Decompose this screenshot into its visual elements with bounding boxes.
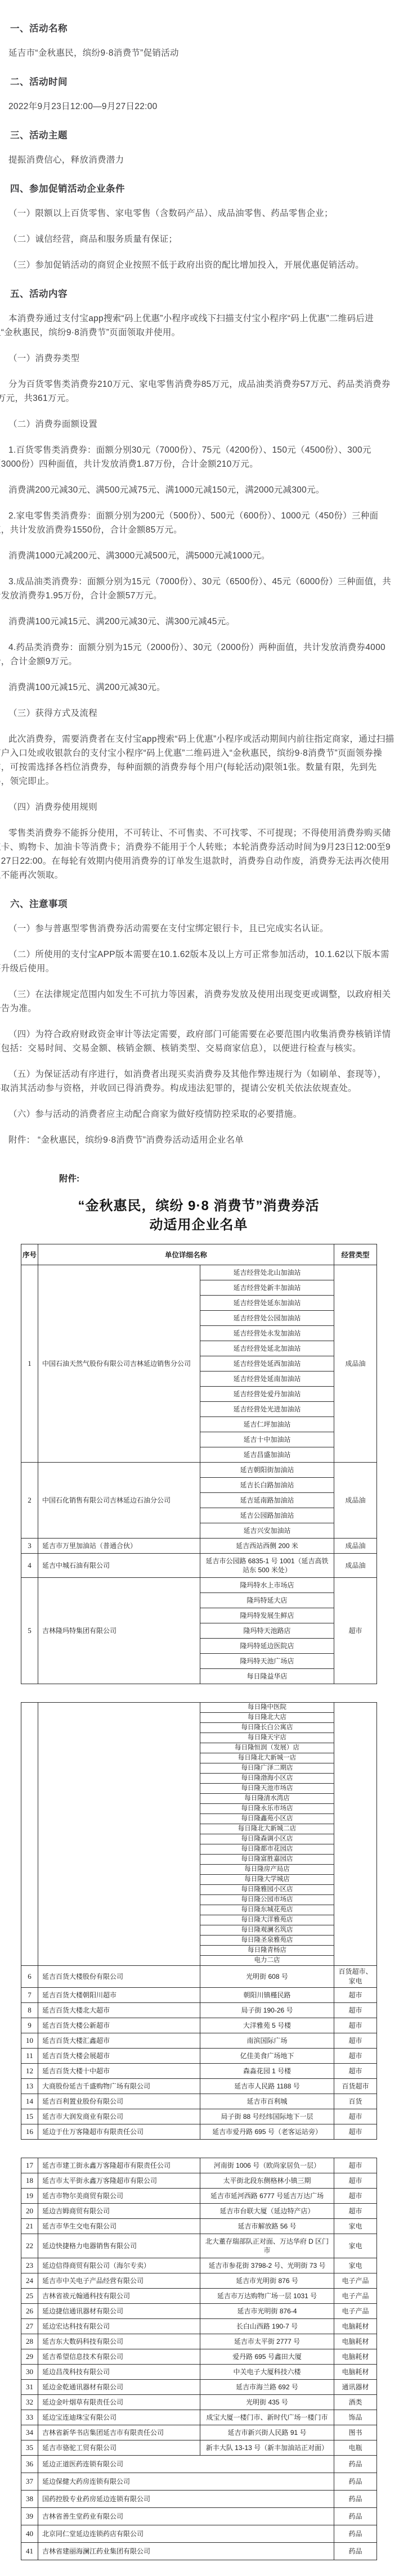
business-type: 超市 [334,2158,377,2173]
branch-or-address: 延吉市海兰路 692 号 [200,2380,334,2395]
business-type: 家电 [334,2234,377,2258]
table-row: 36延边正道医药连锁有限公司药品 [21,2456,377,2473]
table-row: 1中国石油天然气股份有限公司吉林延边销售分公司延吉经营处北山加油站成品油 [21,1265,377,1280]
branch-or-address: 每日隆观澜名筑店 [200,1925,334,1936]
row-number: 32 [21,2395,38,2410]
company-name: 延边宏达科技有限公司 [38,2319,200,2334]
table-row: 16延边于仕万客隆超市有限责任公司延吉市爱丹路 695 号（老客运站旁）超市 [21,2124,377,2140]
table-row: 15延吉市大润发商业有限公司局子街 88 号经纬国际地下一层超市 [21,2109,377,2124]
company-name: 吉林省新华书店集团延吉市有限责任公司 [38,2425,200,2440]
enterprise-table-container: 序号单位详细名称经营类型1中国石油天然气股份有限公司吉林延边销售分公司延吉经营处… [0,1244,399,2560]
business-type: 超市 [334,2003,377,2018]
row-number: 8 [21,2003,38,2018]
branch-or-address: 延吉延南路加油站 [200,1493,334,1508]
row-number: 21 [21,2219,38,2234]
table-row: 27延边宏达科技有限公司长白山西路 190-7 号电脑耗材 [21,2319,377,2334]
company-name: 延边吉姆商贸有限公司 [38,2204,200,2219]
business-type: 电脑耗材 [334,2349,377,2365]
company-name: 延吉百货大楼股份有限公司 [38,1966,200,1988]
company-name: 延边宝连迪珠宝有限公司 [38,2410,200,2425]
branch-or-address: 隆玛特延大店 [200,1593,334,1608]
branch-or-address: 每日隆雅园小区店 [200,1885,334,1895]
branch-or-address: 每日隆永乐市场店 [200,1804,334,1814]
company-name: 延吉百利置业股份有限公司 [38,2094,200,2109]
table-row: 31延边金乾通讯器材有限公司延吉市海兰路 692 号通讯器材 [21,2380,377,2395]
branch-or-address: 延吉市公园路 6835-1 号 1001（延吉高铁站东 500 米处） [200,1554,334,1578]
branch-or-address: 每日隆房产局店 [200,1865,334,1875]
enterprise-table: 每日隆中医院每日隆北大店每日隆长白公寓店每日隆天宇店每日隆恒润（发展）店每日隆北… [21,1702,377,2140]
business-type: 电脑耗材 [334,2319,377,2334]
row-number: 15 [21,2109,38,2124]
table-row: 6延吉百货大楼股份有限公司光明街 608 号百货超市、家电 [21,1966,377,1988]
branch-or-address: 延吉经营处延南加油站 [200,1372,334,1387]
company-name: 延吉市中关电子产品经营有限公司 [38,2273,200,2289]
company-name: 吉林省建丽海澜江药业集团有限公司 [38,2543,334,2560]
paragraph: 提振消费信心，释放消费潜力 [0,153,394,167]
business-type: 电子产品 [334,2273,377,2289]
business-type: 家电 [334,2258,377,2273]
paragraph: 此次消费券，需要消费者在支付宝app搜索“码上优惠”小程序或活动期间内前往指定商… [0,732,394,788]
company-name: 延吉市万里加油站（普通合伙） [38,1539,200,1554]
row-number: 29 [21,2349,38,2365]
table-segment: 序号单位详细名称经营类型1中国石油天然气股份有限公司吉林延边销售分公司延吉经营处… [0,1244,399,1684]
company-name: 延吉东大数码科技有限公司 [38,2334,200,2349]
company-name [38,1703,200,1966]
branch-or-address: 每日隆青杨店 [200,1946,334,1956]
row-number: 2 [21,1463,38,1539]
attachment-section: 附件: “金秋惠民，缤纷 9·8 消费节”消费券活 动适用企业名单 序号单位详细… [0,1172,399,2560]
business-type: 药品 [334,2473,377,2491]
business-type: 饰品 [334,2410,377,2425]
branch-or-address: 隆玛特天池广场店 [200,1654,334,1669]
branch-or-address: 每日隆清水湾店 [200,1794,334,1804]
table-row: 23延边信得商贸有限公司（海尔专卖）延吉市参花街 3798-2 号、光明街 73… [21,2258,377,2273]
branch-or-address: 延吉市太平街 2777 号 [200,2334,334,2349]
enterprise-table: 17延吉市建工街永鑫万客隆超市有限责任公司河南街 1006 号（欧尚家居负一层）… [21,2158,377,2560]
company-name: 延边保健大药房连锁有限公司 [38,2473,334,2491]
paragraph: （五）为保证活动有序进行，如消费者出现买卖消费券及其他作弊违规行为（如刷单、套现… [0,1067,394,1095]
table-row: 11延吉百货大楼会展超市亿佳美食广场地下超市 [21,2049,377,2064]
branch-or-address: 电力二店 [200,1956,334,1966]
row-number: 20 [21,2204,38,2219]
table-row: 19延吉市物尔美商贸有限公司延吉市延河西路 6777 号延吉万达广场超市 [21,2189,377,2204]
table-row: 35延吉市骆驼工贸有限公司新丰大队 13-13 号（新丰加油站正对面）电瓶 [21,2440,377,2456]
branch-or-address: 延吉经营处永发加油站 [200,1326,334,1341]
table-row: 26延边捷信通讯器材有限公司延吉市光明街 876-4电子产品 [21,2304,377,2319]
company-name: 延吉市华生交电有限公司 [38,2219,200,2234]
branch-or-address: 延吉经营处爱丹加油站 [200,1387,334,1402]
branch-or-address: 每日隆渤海小区店 [200,1774,334,1784]
attachment-label: 附件: [59,1172,399,1184]
section-heading: 二、活动时间 [10,74,394,88]
paragraph: 1.百货零售类消费券：面额分别30元（7000份）、75元（4200份）、150… [0,443,394,471]
branch-or-address: 延吉市百利城 [200,2094,334,2109]
row-number: 35 [21,2440,38,2456]
paragraph: 消费满1000元减200元、满3000元减500元，满5000元减1000元。 [0,549,394,563]
branch-or-address: 中关电子大厦科技六楼 [200,2365,334,2380]
branch-or-address: 延吉十中加油站 [200,1432,334,1447]
table-row: 17延吉市建工街永鑫万客隆超市有限责任公司河南街 1006 号（欧尚家居负一层）… [21,2158,377,2173]
branch-or-address: 每日隆富胜嘉园店 [200,1855,334,1865]
paragraph: 2.家电零售类消费券：面额分别为200元（500份）、500元（600份）、10… [0,509,394,537]
paragraph: （四）消费券使用规则 [0,800,394,814]
paragraph: （二）诚信经营，商品和服务质量有保证； [0,232,394,246]
branch-or-address: 亿佳美食广场地下 [200,2049,334,2064]
branch-or-address: 每日隆东城花苑店 [200,1905,334,1915]
company-name: 延吉百货大楼十中超市 [38,2064,200,2079]
paragraph: 4.药品类消费券：面额分别为15元（2000份）、30元（2000份）两种面值，… [0,640,394,669]
business-type: 电脑耗材 [334,2334,377,2349]
branch-or-address: 隆玛特发展生鲜店 [200,1608,334,1623]
business-type: 超市 [334,2033,377,2049]
branch-or-address: 每日隆大学城店 [200,1875,334,1885]
table-row: 40北京同仁堂延边连锁药店有限公司药品 [21,2525,377,2543]
row-number: 17 [21,2158,38,2173]
row-number: 4 [21,1554,38,1578]
paragraph: 2022年9月23日12:00—9月27日22:00 [0,100,394,114]
branch-or-address: 南滨国际广场 [200,2033,334,2049]
paragraph: 3.成品油类消费券：面额分别为15元（7000份）、30元（6500份）、45元… [0,575,394,603]
table-segment: 17延吉市建工街永鑫万客隆超市有限责任公司河南街 1006 号（欧尚家居负一层）… [0,2158,399,2560]
branch-or-address: 局子街 190-26 号 [200,2003,334,2018]
company-name: 中国石化销售有限公司吉林延边石油分公司 [38,1463,200,1539]
company-name: 延吉市物尔美商贸有限公司 [38,2189,200,2204]
row-number: 5 [21,1578,38,1684]
table-row: 25吉林省祓元翰通科技有限公司延吉市万达购物广场一层 1031 号电子产品 [21,2289,377,2304]
business-type: 通讯器材 [334,2380,377,2395]
row-number: 7 [21,1988,38,2003]
attachment-title-line2: 动适用企业名单 [21,1216,376,1235]
company-name: 吉林省祓元翰通科技有限公司 [38,2289,200,2304]
row-number: 34 [21,2425,38,2440]
branch-or-address: 大洋雅苑 5 号楼 [200,2018,334,2033]
table-row: 33延边宝连迪珠宝有限公司成宝大厦一楼门市、新时代广场一楼门市饰品 [21,2410,377,2425]
company-name: 吉林隆玛特集团有限公司 [38,1578,200,1684]
row-number: 23 [21,2258,38,2273]
company-name: 延吉市骆驼工贸有限公司 [38,2440,200,2456]
branch-or-address: 爱丹路 695 号鑫田大厦 [200,2349,334,2365]
table-row: 29延吉希望信息技术有限公司爱丹路 695 号鑫田大厦电脑耗材 [21,2349,377,2365]
row-number: 10 [21,2033,38,2049]
table-row: 39吉林省善生堂药业有限公司药品 [21,2508,377,2525]
row-number: 30 [21,2365,38,2380]
branch-or-address: 延吉经营处光进加油站 [200,1402,334,1417]
paragraph: 延吉市“金秋惠民，缤纷9·8消费节”促销活动 [0,46,394,60]
branch-or-address: 隆玛特水上市场店 [200,1578,334,1593]
row-number: 19 [21,2189,38,2204]
branch-or-address: 每日隆天宇店 [200,1733,334,1743]
document-body: 一、活动名称延吉市“金秋惠民，缤纷9·8消费节”促销活动二、活动时间2022年9… [0,0,399,1147]
paragraph: 消费满100元减15元、满200元减30元、满300元减45元。 [0,615,394,629]
company-name: 吉林省善生堂药业有限公司 [38,2508,334,2525]
table-row: 18延吉市太平街永鑫万客隆超市有限公司太平街北段东侧格林小镇三期超市 [21,2173,377,2189]
branch-or-address: 森淼花园 1 号楼 [200,2064,334,2079]
table-row: 3延吉市万里加油站（普通合伙）延吉西站西侧 200 米成品油 [21,1539,377,1554]
table-row: 20延边吉姆商贸有限公司延吉市台联大厦（延边特产店）超市 [21,2204,377,2219]
table-row: 7延吉百货大楼朝阳川超市朝阳川镇槿民路超市 [21,1988,377,2003]
section-heading: 四、参加促销活动企业条件 [10,181,394,195]
paragraph: （六）参与活动的消费者应主动配合商家为做好疫情防控采取的必要措施。 [0,1107,394,1121]
business-type: 超市 [334,2204,377,2219]
business-type: 电子产品 [334,2289,377,2304]
company-name: 延吉希望信息技术有限公司 [38,2349,200,2365]
branch-or-address: 延吉市万达购物广场一层 1031 号 [200,2289,334,2304]
table-row: 28延吉东大数码科技有限公司延吉市太平街 2777 号电脑耗材 [21,2334,377,2349]
company-name: 北京同仁堂延边连锁药店有限公司 [38,2525,334,2543]
branch-or-address: 延吉经营处公园加油站 [200,1311,334,1326]
branch-or-address: 每日隆北大店 [200,1713,334,1723]
company-name: 延吉市太平街永鑫万客隆超市有限公司 [38,2173,200,2189]
table-row: 24延吉市中关电子产品经营有限公司延吉市光明街 876 号电子产品 [21,2273,377,2289]
company-name: 延边金乾通讯器材有限公司 [38,2380,200,2395]
branch-or-address: 每日隆公园市场店 [200,1895,334,1905]
branch-or-address: 每日隆森调小区店 [200,1834,334,1844]
branch-or-address: 成宝大厦一楼门市、新时代广场一楼门市 [200,2410,334,2425]
row-number: 39 [21,2508,38,2525]
paragraph: 消费满200元减30元、满500元减75元、满1000元减150元，满2000元… [0,483,394,497]
table-row: 8延吉百货大楼北大超市局子街 190-26 号超市 [21,2003,377,2018]
section-heading: 三、活动主题 [10,128,394,141]
branch-or-address: 每日隆都市花园店 [200,1844,334,1855]
row-number: 14 [21,2094,38,2109]
row-number: 27 [21,2319,38,2334]
branch-or-address: 新丰大队 13-13 号（新丰加油站正对面） [200,2440,334,2456]
company-name: 延吉百货大楼公新超市 [38,2018,200,2033]
paragraph: 本消费券通过支付宝app搜索“码上优惠”小程序或线下扫描支付宝小程序“码上优惠”… [0,312,394,340]
row-number: 36 [21,2456,38,2473]
business-type: 超市 [334,2064,377,2079]
company-name: 大商股份延吉千盛购物广场有限公司 [38,2079,200,2094]
table-row: 21延吉市华生交电有限公司延吉市解放路 56 号家电 [21,2219,377,2234]
business-type: 药品 [334,2525,377,2543]
company-name: 延边信得商贸有限公司（海尔专卖） [38,2258,200,2273]
company-name: 国药控股专业药房延边连锁有限公司 [38,2491,334,2508]
table-row: 34吉林省新华书店集团延吉市有限责任公司延吉市新兴街人民路 91 号图书 [21,2425,377,2440]
paragraph: 消费满100元减15元、满200元减30元。 [0,680,394,694]
attachment-title-line1: “金秋惠民，缤纷 9·8 消费节”消费券活 [21,1197,376,1216]
row-number: 9 [21,2018,38,2033]
company-name: 延边昌茂科技有限公司 [38,2365,200,2380]
branch-or-address: 延吉经营处延东加油站 [200,1296,334,1311]
branch-or-address: 延吉兴安加油站 [200,1523,334,1539]
row-number: 37 [21,2473,38,2491]
branch-or-address: 延吉市光明街 876-4 [200,2304,334,2319]
row-number: 1 [21,1265,38,1463]
paragraph: （二）所使用的支付宝APP版本需要在10.1.62版本及以上方可正常参加活动，1… [0,948,394,976]
branch-or-address: 每日隆鑫苑小区店 [200,1814,334,1824]
branch-or-address: 延吉经营处新丰加油站 [200,1280,334,1296]
paragraph: （四）为符合政府财政资金审计等法定需要，政府部门可能需要在必要范围内收集消费券核… [0,1027,394,1055]
row-number: 33 [21,2410,38,2425]
business-type: 电子产品 [334,2304,377,2319]
branch-or-address: 每日隆天池市场店 [200,1784,334,1794]
row-number: 25 [21,2289,38,2304]
branch-or-address: 每日隆北大新城二店 [200,1824,334,1834]
business-type: 超市 [334,2189,377,2204]
paragraph: 分为百货零售类消费券210万元、家电零售消费券85万元，成品油类消费券57万元、… [0,377,394,405]
branch-or-address: 河南街 1006 号（欧尚家居负一层） [200,2158,334,2173]
paragraph: 零售类消费券不能拆分使用，不可转让、不可售卖、不可找零、不可提现；不得使用消费券… [0,826,394,882]
company-name: 延边金叶烟草有限责任公司 [38,2395,200,2410]
enterprise-table: 序号单位详细名称经营类型1中国石油天然气股份有限公司吉林延边销售分公司延吉经营处… [21,1244,377,1684]
branch-or-address: 隆玛特天池路店 [200,1623,334,1639]
business-type: 药品 [334,2491,377,2508]
paragraph: （一）限额以上百货零售、家电零售（含数码产品）、成品油零售、药品零售企业； [0,206,394,220]
business-type: 百货 [334,2094,377,2109]
branch-or-address: 延吉市台联大厦（延边特产店） [200,2204,334,2219]
business-type: 成品油 [334,1554,377,1578]
company-name: 延边快捷格力电器销售有限公司 [38,2234,200,2258]
business-type [334,1703,377,1966]
business-type: 百货超市 [334,2079,377,2094]
company-name: 延吉市建工街永鑫万客隆超市有限责任公司 [38,2158,200,2173]
paragraph: （一）消费券类型 [0,351,394,366]
branch-or-address: 每日隆圣泉雅苑店 [200,1936,334,1946]
table-row: 14延吉百利置业股份有限公司延吉市百利城百货 [21,2094,377,2109]
row-number: 3 [21,1539,38,1554]
section-heading: 五、活动内容 [10,286,394,300]
row-number: 31 [21,2380,38,2395]
company-name: 延边正道医药连锁有限公司 [38,2456,334,2473]
row-number: 38 [21,2491,38,2508]
row-number: 28 [21,2334,38,2349]
paragraph: （二）消费券面额设置 [0,417,394,431]
business-type: 超市 [334,2018,377,2033]
table-row: 10延吉百货大楼汇鑫超市南滨国际广场超市 [21,2033,377,2049]
table-row: 13大商股份延吉千盛购物广场有限公司延吉市人民路 1188 号百货超市 [21,2079,377,2094]
branch-or-address: 每日隆北大新城一店 [200,1753,334,1763]
business-type: 成品油 [334,1265,377,1463]
branch-or-address: 延吉市新兴街人民路 91 号 [200,2425,334,2440]
branch-or-address: 每日隆大洋雅苑店 [200,1915,334,1925]
branch-or-address: 延吉公园路加油站 [200,1508,334,1523]
company-name: 延吉市大润发商业有限公司 [38,2109,200,2124]
table-row: 4延吉中城石油有限公司延吉市公园路 6835-1 号 1001（延吉高铁站东 5… [21,1554,377,1578]
table-row: 32延边金叶烟草有限责任公司光明街 435 号酒类 [21,2395,377,2410]
table-row: 41吉林省建丽海澜江药业集团有限公司药品 [21,2543,377,2560]
business-type: 酒类 [334,2395,377,2410]
branch-or-address: 局子街 88 号经纬国际地下一层 [200,2109,334,2124]
business-type: 超市 [334,2124,377,2140]
branch-or-address: 每日隆长白公寓店 [200,1723,334,1733]
table-row: 5吉林隆玛特集团有限公司隆玛特水上市场店超市 [21,1578,377,1593]
row-number: 40 [21,2525,38,2543]
row-number: 18 [21,2173,38,2189]
branch-or-address: 每日隆中医院 [200,1703,334,1713]
branch-or-address: 延吉市人民路 1188 号 [200,2079,334,2094]
row-number: 41 [21,2543,38,2560]
paragraph: 附件： “金秋惠民，缤纷9·8消费节”消费券活动适用企业名单 [0,1133,394,1147]
company-name: 延吉百货大楼北大超市 [38,2003,200,2018]
branch-or-address: 延吉经营处延西加油站 [200,1356,334,1372]
business-type: 电脑耗材 [334,2365,377,2380]
row-number: 22 [21,2234,38,2258]
branch-or-address: 延吉长白路加油站 [200,1478,334,1493]
branch-or-address: 隆玛特延边医院店 [200,1639,334,1654]
branch-or-address: 太平街北段东侧格林小镇三期 [200,2173,334,2189]
company-name: 延吉百货大楼汇鑫超市 [38,2033,200,2049]
company-name: 延吉百货大楼会展超市 [38,2049,200,2064]
row-number: 26 [21,2304,38,2319]
branch-or-address: 每日隆益华店 [200,1669,334,1684]
business-type: 药品 [334,2508,377,2525]
company-name: 延吉百货大楼朝阳川超市 [38,1988,200,2003]
table-row: 2中国石化销售有限公司吉林延边石油分公司延吉朝阳街加油站成品油 [21,1463,377,1478]
table-row: 30延边昌茂科技有限公司中关电子大厦科技六楼电脑耗材 [21,2365,377,2380]
table-segment: 每日隆中医院每日隆北大店每日隆长白公寓店每日隆天宇店每日隆恒润（发展）店每日隆北… [0,1702,399,2140]
table-row: 37延边保健大药房连锁有限公司药品 [21,2473,377,2491]
business-type: 超市 [334,2109,377,2124]
paragraph: （一）参与普惠型零售消费券活动需要在支付宝绑定银行卡，且已完成实名认证。 [0,922,394,936]
company-name: 延边捷信通讯器材有限公司 [38,2304,200,2319]
table-header-1: 单位详细名称 [38,1244,334,1265]
branch-or-address: 朝阳川镇槿民路 [200,1988,334,2003]
table-row: 每日隆中医院 [21,1703,377,1713]
business-type: 家电 [334,2219,377,2234]
table-header-2: 经营类型 [334,1244,377,1265]
business-type: 图书 [334,2425,377,2440]
business-type: 成品油 [334,1463,377,1539]
branch-or-address: 延吉市延河西路 6777 号延吉万达广场 [200,2189,334,2204]
row-number: 11 [21,2049,38,2064]
attachment-title: “金秋惠民，缤纷 9·8 消费节”消费券活 动适用企业名单 [21,1197,376,1235]
paragraph: （三）获得方式及流程 [0,706,394,720]
branch-or-address: 延吉市参花街 3798-2 号、光明街 73 号 [200,2258,334,2273]
company-name: 延吉中城石油有限公司 [38,1554,200,1578]
section-heading: 六、注意事项 [10,896,394,910]
row-number: 6 [21,1966,38,1988]
branch-or-address: 延吉市爱丹路 695 号（老客运站旁） [200,2124,334,2140]
branch-or-address: 每日隆广泽二期店 [200,1763,334,1774]
branch-or-address: 延吉市解放路 56 号 [200,2219,334,2234]
company-name: 延边于仕万客隆超市有限责任公司 [38,2124,200,2140]
company-name: 中国石油天然气股份有限公司吉林延边销售分公司 [38,1265,200,1463]
business-type: 超市 [334,1578,377,1684]
branch-or-address: 光明街 608 号 [200,1966,334,1988]
business-type: 电瓶 [334,2440,377,2456]
branch-or-address: 延吉经营处延北加油站 [200,1341,334,1356]
row-number: 13 [21,2079,38,2094]
branch-or-address: 延吉经营处北山加油站 [200,1265,334,1280]
branch-or-address: 每日隆恒润（发展）店 [200,1743,334,1753]
business-type: 超市 [334,2173,377,2189]
branch-or-address: 延吉朝阳街加油站 [200,1463,334,1478]
branch-or-address: 延吉昌盛加油站 [200,1447,334,1463]
table-header-0: 序号 [21,1244,38,1265]
branch-or-address: 延吉市光明街 876 号 [200,2273,334,2289]
table-row: 9延吉百货大楼公新超市大洋雅苑 5 号楼超市 [21,2018,377,2033]
business-type: 超市 [334,1988,377,2003]
paragraph: （三）在法律规定范围内如发生不可抗力等因素，消费券发放及使用出现变更或调整，以政… [0,987,394,1016]
business-type: 超市 [334,2049,377,2064]
business-type: 成品油 [334,1539,377,1554]
business-type: 药品 [334,2543,377,2560]
row-number: 16 [21,2124,38,2140]
row-number [21,1703,38,1966]
table-row: 22延边快捷格力电器销售有限公司北大董存瑞部队正对面、万达华府 D 区门市家电 [21,2234,377,2258]
table-row: 12延吉百货大楼十中超市森淼花园 1 号楼超市 [21,2064,377,2079]
branch-or-address: 光明街 435 号 [200,2395,334,2410]
branch-or-address: 北大董存瑞部队正对面、万达华府 D 区门市 [200,2234,334,2258]
section-heading: 一、活动名称 [10,21,394,34]
business-type: 药品 [334,2456,377,2473]
branch-or-address: 长白山西路 190-7 号 [200,2319,334,2334]
business-type: 百货超市、家电 [334,1966,377,1988]
row-number: 24 [21,2273,38,2289]
branch-or-address: 延吉西站西侧 200 米 [200,1539,334,1554]
row-number: 12 [21,2064,38,2079]
paragraph: （三）参加促销活动的商贸企业按照不低于政府出资的配比增加投入，开展优惠促销活动。 [0,258,394,272]
